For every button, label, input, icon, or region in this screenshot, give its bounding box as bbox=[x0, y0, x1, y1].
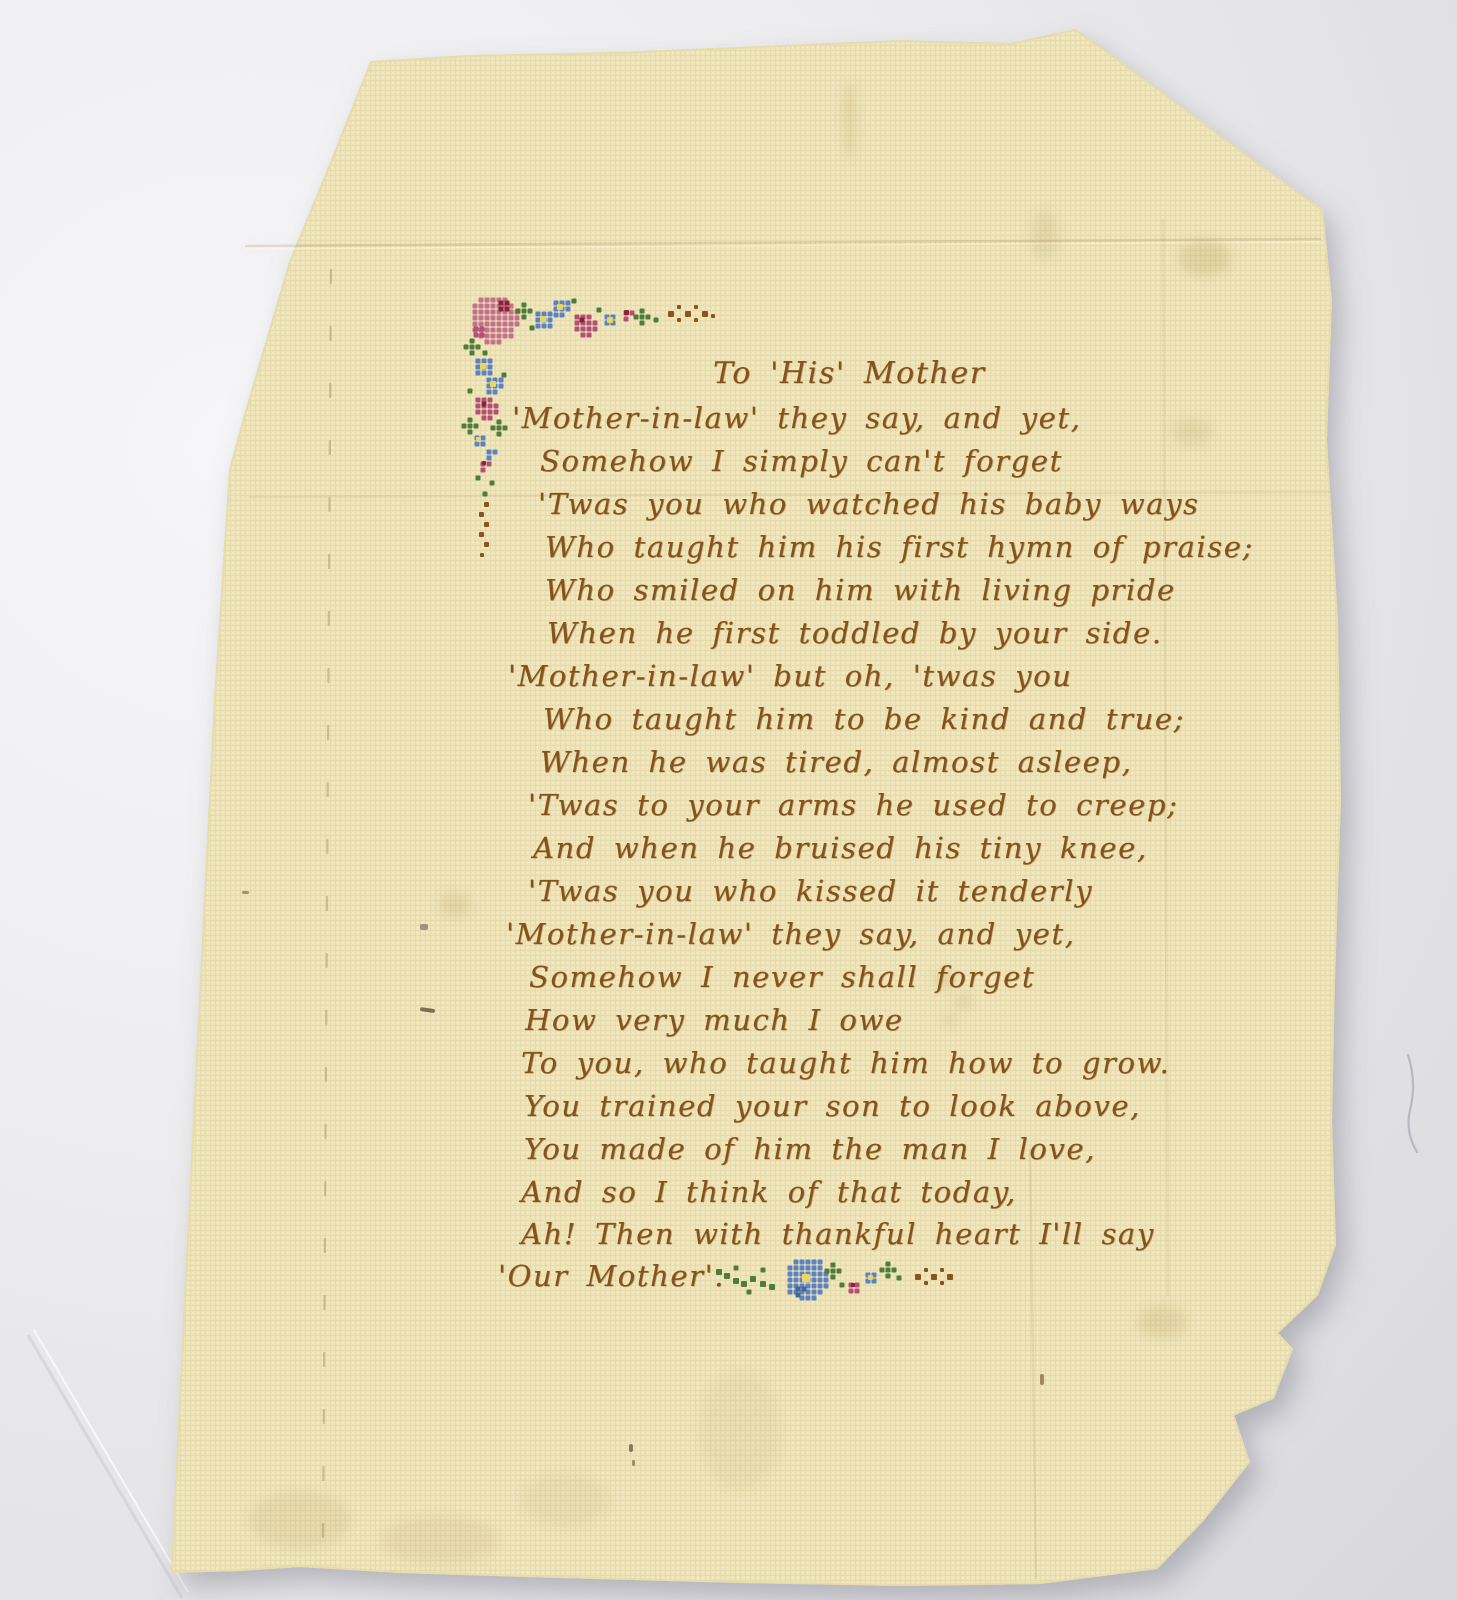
photo-background: To 'His' Mother 'Mother-in-law' they say… bbox=[0, 0, 1457, 1600]
poem-line: Somehow I never shall forget bbox=[529, 960, 1035, 994]
stitched-poem: To 'His' Mother 'Mother-in-law' they say… bbox=[0, 0, 1457, 1600]
poem-line: 'Mother-in-law' but oh, 'twas you bbox=[508, 659, 1072, 693]
poem-line: 'Twas you who kissed it tenderly bbox=[528, 874, 1093, 908]
poem-line: When he first toddled by your side. bbox=[547, 616, 1163, 650]
poem-line: And when he bruised his tiny knee, bbox=[533, 831, 1148, 865]
poem-line: Somehow I simply can't forget bbox=[540, 444, 1063, 478]
poem-line: Who smiled on him with living pride bbox=[545, 573, 1176, 607]
poem-line: Who taught him his first hymn of praise; bbox=[545, 530, 1254, 564]
poem-line: How very much I owe bbox=[525, 1003, 904, 1037]
poem-line: You made of him the man I love, bbox=[524, 1132, 1096, 1166]
sampler-title: To 'His' Mother bbox=[713, 356, 986, 391]
poem-line: To you, who taught him how to grow. bbox=[521, 1046, 1170, 1080]
poem-line: You trained your son to look above, bbox=[524, 1089, 1141, 1123]
poem-closing: 'Our Mother'. bbox=[498, 1259, 725, 1293]
poem-line: 'Mother-in-law' they say, and yet, bbox=[506, 917, 1075, 951]
poem-line: When he was tired, almost asleep, bbox=[540, 745, 1132, 779]
poem-line: Who taught him to be kind and true; bbox=[543, 702, 1185, 736]
poem-line: 'Twas you who watched his baby ways bbox=[538, 487, 1200, 521]
poem-line: And so I think of that today, bbox=[521, 1175, 1017, 1209]
poem-line: 'Twas to your arms he used to creep; bbox=[528, 788, 1178, 822]
poem-line: Ah! Then with thankful heart I'll say bbox=[521, 1217, 1155, 1251]
poem-line: 'Mother-in-law' they say, and yet, bbox=[512, 401, 1081, 435]
